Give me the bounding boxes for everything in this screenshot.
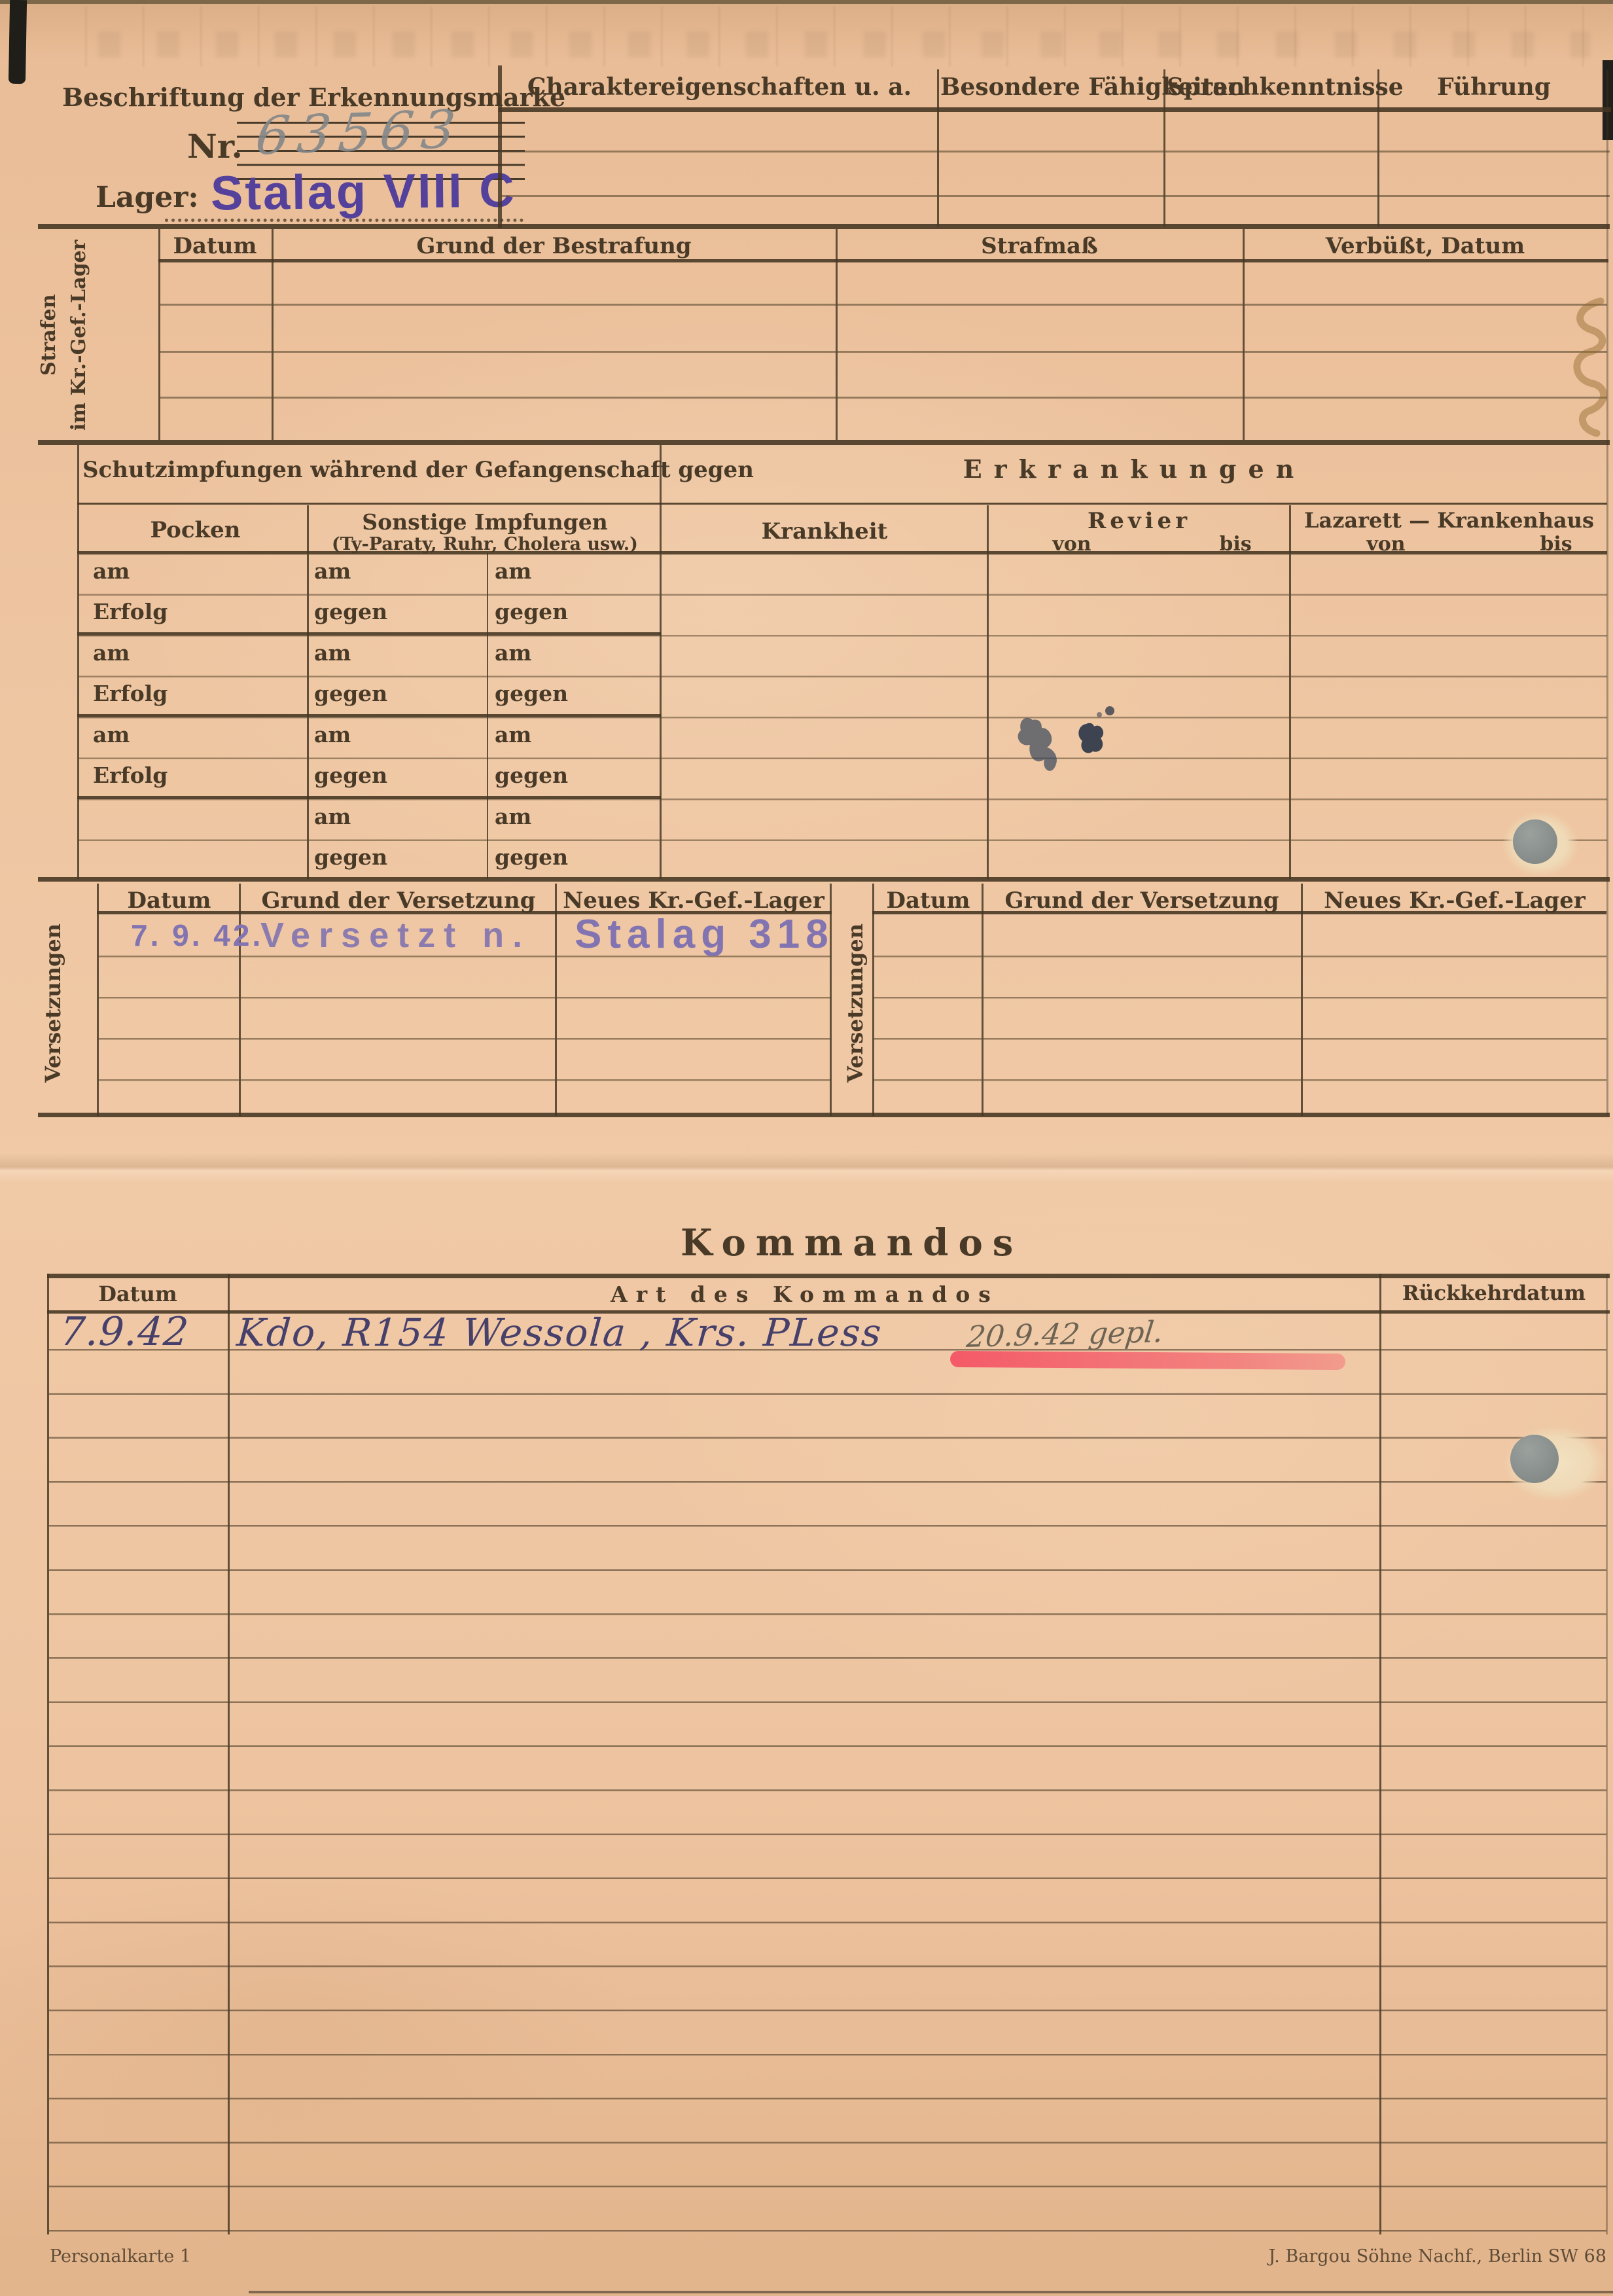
erkrankungen-title-rule bbox=[660, 503, 1607, 505]
impfungen-top-rule bbox=[38, 440, 1610, 445]
erkrankungen-col-krankheit: Krankheit bbox=[662, 518, 987, 545]
rust-stain bbox=[1563, 296, 1612, 439]
versetzungen-right-row-lines bbox=[872, 956, 1606, 1113]
strafen-col-strafmass: Strafmaß bbox=[839, 233, 1240, 259]
kommandos-title: Kommandos bbox=[681, 1221, 955, 1265]
impf-row7-s2: gegen bbox=[495, 844, 568, 870]
kommandos-col-datum: Datum bbox=[51, 1282, 224, 1306]
impf-row6-s2: am bbox=[495, 804, 531, 829]
nr-value-handwritten: 63563 bbox=[253, 99, 466, 167]
impfungen-thick-line-3 bbox=[77, 796, 661, 799]
header-col-faehigkeiten: Besondere Fähigkeiten bbox=[940, 73, 1160, 101]
header-table-row-line-2 bbox=[501, 195, 1610, 197]
impf-row3-s1: gegen bbox=[314, 681, 387, 706]
impf-row1-s1: gegen bbox=[314, 599, 387, 624]
kommandos-col-rueckkehr: Rückkehrdatum bbox=[1383, 1282, 1605, 1305]
scan-top-edge bbox=[0, 0, 1613, 4]
lager-stamp: Stalag VIII C bbox=[211, 162, 517, 221]
impf-row5-s2: gegen bbox=[495, 762, 568, 788]
versetzungen-left-side-label: Versetzungen bbox=[41, 902, 80, 1105]
versetzungen-entry-lager: Stalag 318 bbox=[575, 911, 834, 958]
impf-row3-pocken: Erfolg bbox=[93, 681, 168, 706]
impf-row7-s1: gegen bbox=[314, 844, 387, 870]
nr-label: Nr. bbox=[187, 127, 243, 166]
kommandos-col-art: Art des Kommandos bbox=[232, 1282, 1377, 1307]
personalkarte-back-page: Beschriftung der Erkennungsmarke Nr. 635… bbox=[0, 0, 1613, 2296]
versetzungen-bottom-rule bbox=[38, 1113, 1610, 1117]
header-col-sprachen: Sprachkenntnisse bbox=[1167, 73, 1374, 101]
versetzungen-left-col-grund: Grund der Versetzung bbox=[242, 888, 555, 914]
header-col-charakter: Charaktereigenschaften u. a. bbox=[505, 73, 934, 101]
impf-row5-pocken: Erfolg bbox=[93, 762, 168, 788]
versetzungen-left-row-lines bbox=[97, 956, 832, 1113]
versetzungen-right-col-lager: Neues Kr.-Gef.-Lager bbox=[1303, 888, 1606, 914]
bleed-through-smudge bbox=[98, 31, 1590, 58]
impfungen-thick-line-2 bbox=[77, 714, 661, 717]
strafen-side-label-line2: im Kr.-Gef.-Lager bbox=[64, 230, 94, 440]
footer-printer-imprint: J. Bargou Söhne Nachf., Berlin SW 68 bbox=[1047, 2246, 1606, 2267]
impf-row2-pocken: am bbox=[93, 640, 130, 666]
strafen-header-rule bbox=[158, 259, 1608, 262]
red-crayon-mark bbox=[950, 1351, 1345, 1370]
kommando-entry-art: Kdo, R154 Wessola , Krs. PLess bbox=[236, 1310, 884, 1355]
strafen-side-label: Strafen im Kr.-Gef.-Lager bbox=[34, 230, 94, 440]
erkrankungen-col-revier: Revier bbox=[989, 508, 1290, 534]
impf-row0-s2: am bbox=[495, 558, 531, 584]
versetzungen-right-col-grund: Grund der Versetzung bbox=[985, 888, 1299, 914]
erkrankungen-col-lazarett: Lazarett — Krankenhaus bbox=[1291, 508, 1607, 533]
impf-row1-s2: gegen bbox=[495, 599, 568, 624]
strafen-side-label-line1: Strafen bbox=[34, 230, 64, 440]
header-table-rule bbox=[499, 107, 1611, 112]
fold-crease bbox=[0, 1153, 1613, 1183]
hole-punch-1 bbox=[1513, 819, 1557, 864]
strafen-col-datum: Datum bbox=[162, 233, 268, 259]
impfungen-col-pocken: Pocken bbox=[82, 517, 308, 543]
impf-row2-s2: am bbox=[495, 640, 531, 666]
versetzungen-right-col-datum: Datum bbox=[875, 888, 982, 914]
erkrankungen-title: Erkrankungen bbox=[662, 454, 1607, 484]
strafen-row-line-1 bbox=[160, 304, 1607, 306]
scan-bottom-edge bbox=[249, 2291, 1613, 2293]
ink-smudge bbox=[1008, 702, 1129, 780]
impfungen-thick-line-1 bbox=[77, 632, 661, 636]
versetzungen-entry-grund: Versetzt n. bbox=[260, 915, 531, 956]
kommando-entry-datum: 7.9.42 bbox=[59, 1309, 191, 1355]
strafen-col-grund: Grund der Bestrafung bbox=[275, 233, 833, 259]
impf-row4-pocken: am bbox=[93, 722, 130, 747]
impfungen-bottom-rule bbox=[38, 877, 1610, 882]
versetzungen-right-header-rule bbox=[872, 911, 1606, 914]
kommando-entry-note: 20.9.42 gepl. bbox=[965, 1314, 1165, 1354]
versetzungen-left-col-datum: Datum bbox=[99, 888, 239, 914]
header-table-divider-left bbox=[498, 65, 502, 228]
impfungen-col-sonstige-line1: Sonstige Impfungen bbox=[309, 509, 661, 535]
header-col-divider-3 bbox=[1377, 69, 1379, 226]
strafen-row-line-2 bbox=[160, 351, 1607, 353]
impf-row6-s1: am bbox=[314, 804, 351, 829]
impf-row5-s1: gegen bbox=[314, 762, 387, 788]
footer-card-type: Personalkarte 1 bbox=[50, 2246, 191, 2267]
impf-row0-pocken: am bbox=[93, 558, 130, 584]
kommandos-top-rule bbox=[47, 1274, 1610, 1278]
header-col-divider-1 bbox=[937, 69, 939, 226]
hole-punch-2 bbox=[1510, 1435, 1559, 1483]
strafen-col-verbuesst: Verbüßt, Datum bbox=[1246, 233, 1604, 259]
impf-row4-s2: am bbox=[495, 722, 531, 747]
impf-row0-s1: am bbox=[314, 558, 351, 584]
impf-row2-s1: am bbox=[314, 640, 351, 666]
impfungen-title-rule bbox=[77, 503, 662, 505]
impf-row1-pocken: Erfolg bbox=[93, 599, 168, 624]
scan-mark-top-left bbox=[9, 0, 27, 84]
versetzungen-left-col-lager: Neues Kr.-Gef.-Lager bbox=[558, 888, 830, 914]
header-col-divider-2 bbox=[1163, 69, 1165, 226]
header-col-fuehrung: Führung bbox=[1381, 73, 1607, 101]
strafen-row-line-3 bbox=[160, 397, 1607, 399]
impf-row4-s1: am bbox=[314, 722, 351, 747]
kommandos-row-lines bbox=[49, 1349, 1606, 2233]
versetzungen-entry-datum: 7. 9. 42. bbox=[131, 918, 263, 953]
header-table-row-line-1 bbox=[501, 151, 1610, 152]
strafen-top-rule bbox=[38, 224, 1610, 229]
impfungen-title: Schutzimpfungen während der Gefangenscha… bbox=[82, 457, 660, 483]
impf-row3-s2: gegen bbox=[495, 681, 568, 706]
